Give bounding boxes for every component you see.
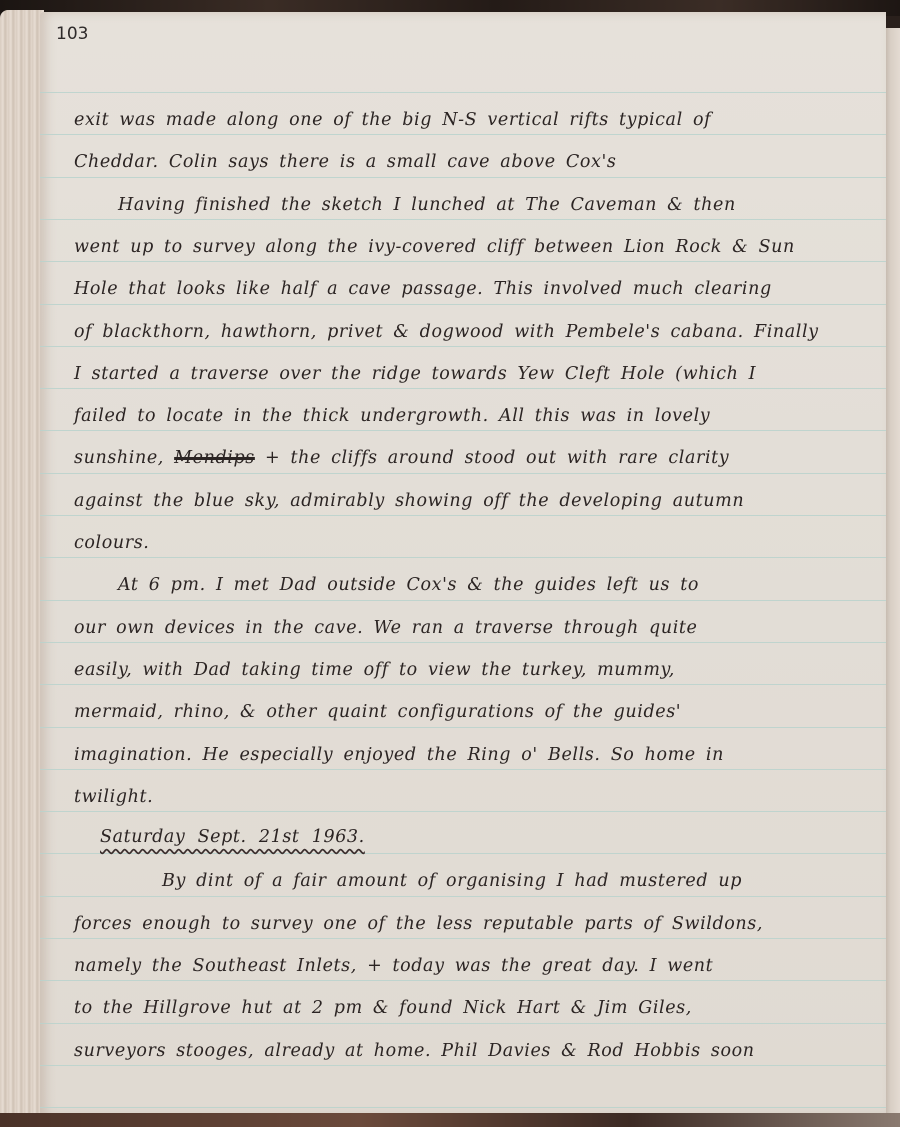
- handwritten-line: I started a traverse over the ridge towa…: [74, 364, 874, 384]
- rule-line: [40, 896, 886, 897]
- rule-line: [40, 853, 886, 854]
- line-text: + the cliffs around stood out with rare …: [255, 448, 729, 468]
- handwritten-line: to the Hillgrove hut at 2 pm & found Nic…: [74, 998, 874, 1018]
- handwritten-line: mermaid, rhino, & other quaint configura…: [74, 702, 874, 722]
- rule-line: [40, 261, 886, 262]
- rule-line: [40, 1023, 886, 1024]
- handwritten-line: forces enough to survey one of the less …: [74, 914, 874, 934]
- handwritten-line: namely the Southeast Inlets, + today was…: [74, 956, 874, 976]
- page-stack-edge: [0, 10, 44, 1122]
- handwritten-line: surveyors stooges, already at home. Phil…: [74, 1041, 874, 1061]
- rule-line: [40, 600, 886, 601]
- rule-line: [40, 769, 886, 770]
- handwritten-line: Having finished the sketch I lunched at …: [118, 195, 886, 215]
- handwritten-line: twilight.: [74, 787, 874, 807]
- handwritten-line: imagination. He especially enjoyed the R…: [74, 745, 874, 765]
- handwritten-line: went up to survey along the ivy-covered …: [74, 237, 874, 257]
- handwritten-line: of blackthorn, hawthorn, privet & dogwoo…: [74, 322, 874, 342]
- rule-line: [40, 219, 886, 220]
- rule-line: [40, 430, 886, 431]
- handwritten-line: At 6 pm. I met Dad outside Cox's & the g…: [118, 575, 886, 595]
- rule-line: [40, 811, 886, 812]
- handwritten-line: exit was made along one of the big N-S v…: [74, 110, 874, 130]
- rule-line: [40, 557, 886, 558]
- handwritten-line: our own devices in the cave. We ran a tr…: [74, 618, 874, 638]
- rule-line: [40, 515, 886, 516]
- handwritten-line: colours.: [74, 533, 874, 553]
- handwritten-line: sunshine, Mendips + the cliffs around st…: [74, 448, 874, 468]
- handwritten-line: Cheddar. Colin says there is a small cav…: [74, 152, 874, 172]
- handwritten-line: By dint of a fair amount of organising I…: [162, 871, 886, 891]
- rule-line: [40, 642, 886, 643]
- handwritten-line: easily, with Dad taking time off to view…: [74, 660, 874, 680]
- rule-line: [40, 684, 886, 685]
- rule-line: [40, 134, 886, 135]
- notebook-page: 103 exit was made along one of the big N…: [40, 12, 886, 1116]
- line-text: sunshine,: [74, 448, 174, 468]
- handwritten-line: failed to locate in the thick undergrowt…: [74, 406, 874, 426]
- facing-page-edge: [884, 28, 900, 1118]
- rule-line: [40, 473, 886, 474]
- handwritten-line: Hole that looks like half a cave passage…: [74, 279, 874, 299]
- background-bottom: [0, 1113, 900, 1127]
- rule-line: [40, 92, 886, 93]
- handwritten-line: against the blue sky, admirably showing …: [74, 491, 874, 511]
- rule-line: [40, 388, 886, 389]
- rule-line: [40, 938, 886, 939]
- rule-line: [40, 1065, 886, 1066]
- date-heading: Saturday Sept. 21st 1963.: [100, 827, 365, 847]
- rule-line: [40, 304, 886, 305]
- rule-line: [40, 1107, 886, 1108]
- rule-line: [40, 980, 886, 981]
- rule-line: [40, 177, 886, 178]
- page-number: 103: [56, 24, 88, 44]
- struck-word: Mendips: [174, 448, 255, 468]
- rule-line: [40, 727, 886, 728]
- rule-line: [40, 346, 886, 347]
